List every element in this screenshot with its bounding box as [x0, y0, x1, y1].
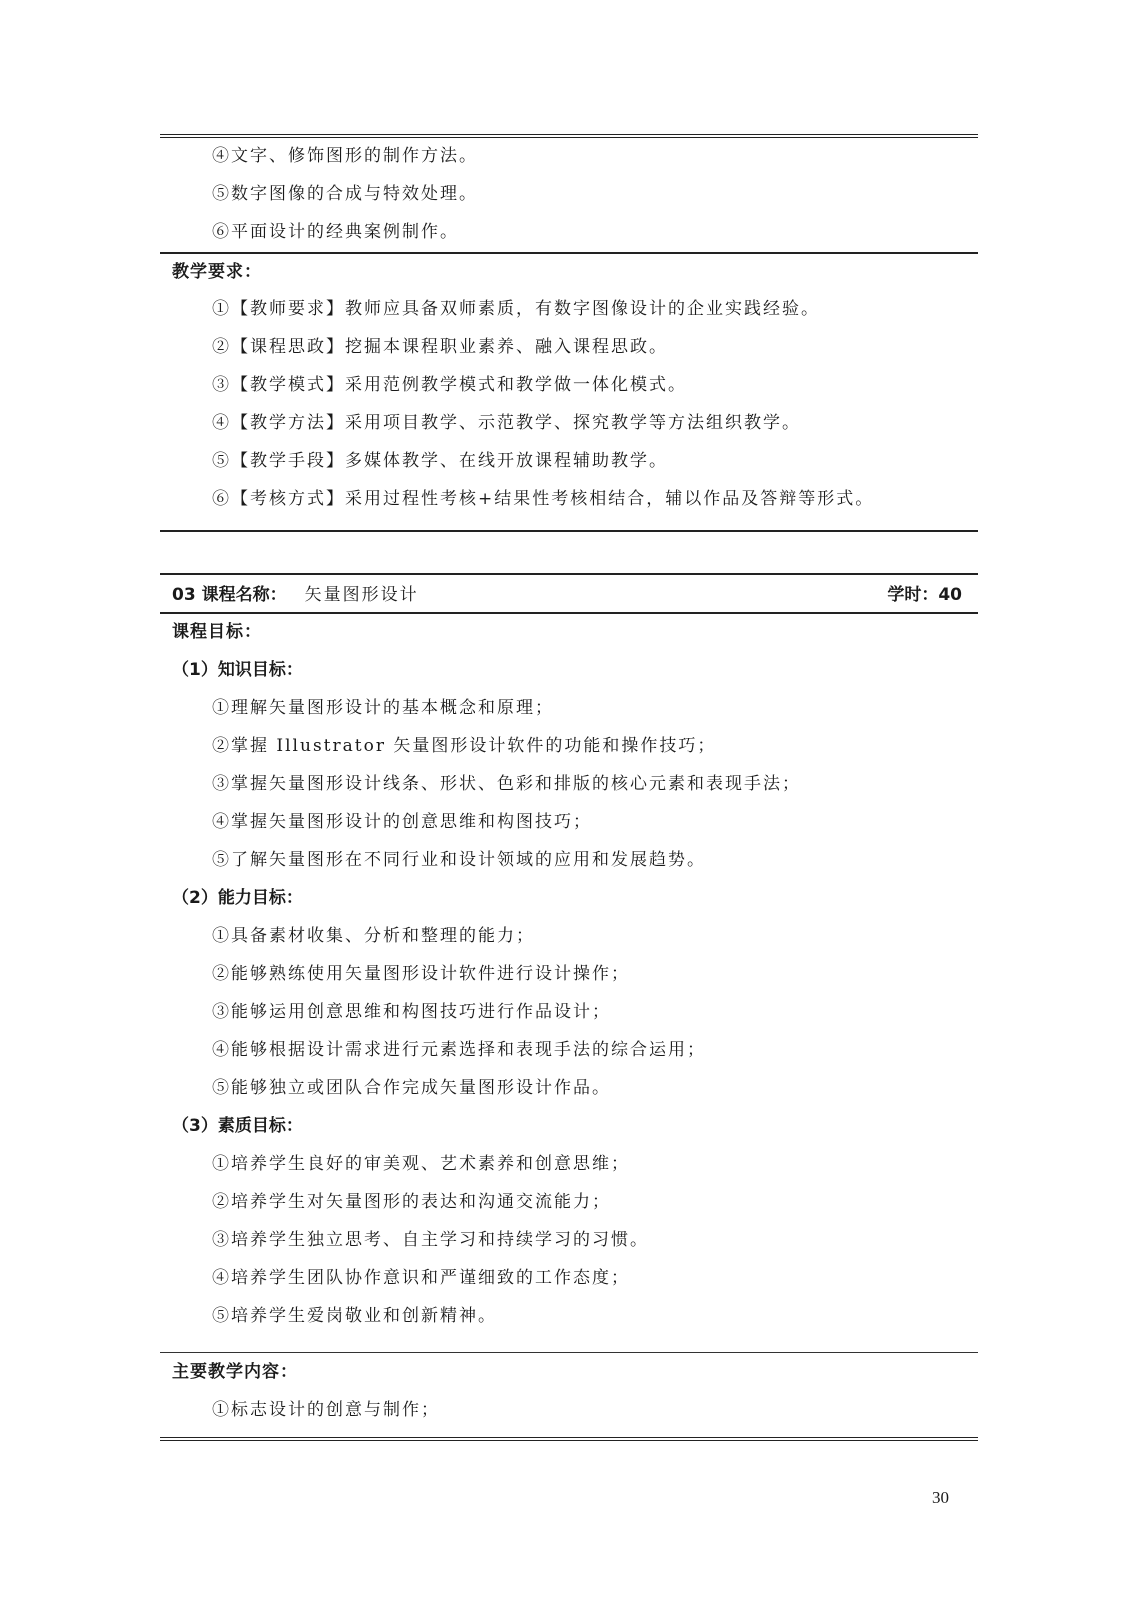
ability-item: ⑤能够独立或团队合作完成矢量图形设计作品。	[212, 1073, 611, 1098]
course-table-top-border	[160, 573, 978, 575]
requirement-item: ①【教师要求】教师应具备双师素质，有数字图像设计的企业实践经验。	[212, 294, 820, 319]
quality-item: ②培养学生对矢量图形的表达和沟通交流能力；	[212, 1187, 611, 1212]
quality-item: ④培养学生团队协作意识和严谨细致的工作态度；	[212, 1263, 630, 1288]
table-top-border	[160, 134, 978, 138]
course-number-label: 03 课程名称：	[172, 585, 287, 605]
course-name: 矢量图形设计	[305, 585, 419, 605]
course-title-row: 03 课程名称：矢量图形设计 学时：40	[172, 580, 962, 605]
ability-item: ①具备素材收集、分析和整理的能力；	[212, 921, 535, 946]
quality-item: ①培养学生良好的审美观、艺术素养和创意思维；	[212, 1149, 630, 1174]
knowledge-item: ②掌握 Illustrator 矢量图形设计软件的功能和操作技巧；	[212, 731, 716, 756]
requirement-item: ②【课程思政】挖掘本课程职业素养、融入课程思政。	[212, 332, 668, 357]
knowledge-item: ④掌握矢量图形设计的创意思维和构图技巧；	[212, 807, 592, 832]
row-divider	[160, 1352, 978, 1353]
row-divider	[160, 612, 978, 614]
quality-item: ⑤培养学生爱岗敬业和创新精神。	[212, 1301, 497, 1326]
quality-heading: （3）素质目标：	[172, 1111, 303, 1136]
knowledge-item: ⑤了解矢量图形在不同行业和设计领域的应用和发展趋势。	[212, 845, 706, 870]
ability-item: ③能够运用创意思维和构图技巧进行作品设计；	[212, 997, 611, 1022]
ability-item: ④能够根据设计需求进行元素选择和表现手法的综合运用；	[212, 1035, 706, 1060]
table-bottom-border	[160, 1437, 978, 1441]
content-heading: 主要教学内容：	[172, 1357, 298, 1382]
page-number: 30	[932, 1488, 949, 1508]
knowledge-heading: （1）知识目标：	[172, 655, 303, 680]
ability-item: ②能够熟练使用矢量图形设计软件进行设计操作；	[212, 959, 630, 984]
requirements-heading: 教学要求：	[172, 257, 262, 282]
knowledge-item: ①理解矢量图形设计的基本概念和原理；	[212, 693, 554, 718]
requirement-item: ⑤【教学手段】多媒体教学、在线开放课程辅助教学。	[212, 446, 668, 471]
quality-item: ③培养学生独立思考、自主学习和持续学习的习惯。	[212, 1225, 649, 1250]
requirement-item: ③【教学模式】采用范例教学模式和教学做一体化模式。	[212, 370, 687, 395]
course-hours: 学时：40	[887, 580, 962, 605]
content-item: ⑥平面设计的经典案例制作。	[212, 217, 459, 242]
goals-heading: 课程目标：	[172, 617, 262, 642]
requirement-item: ⑥【考核方式】采用过程性考核+结果性考核相结合，辅以作品及答辩等形式。	[212, 484, 874, 509]
knowledge-item: ③掌握矢量图形设计线条、形状、色彩和排版的核心元素和表现手法；	[212, 769, 801, 794]
ability-heading: （2）能力目标：	[172, 883, 303, 908]
content-item: ①标志设计的创意与制作；	[212, 1395, 440, 1420]
row-divider	[160, 252, 978, 254]
requirement-item: ④【教学方法】采用项目教学、示范教学、探究教学等方法组织教学。	[212, 408, 801, 433]
content-item: ⑤数字图像的合成与特效处理。	[212, 179, 478, 204]
content-item: ④文字、修饰图形的制作方法。	[212, 141, 478, 166]
table-bottom-border	[160, 530, 978, 532]
